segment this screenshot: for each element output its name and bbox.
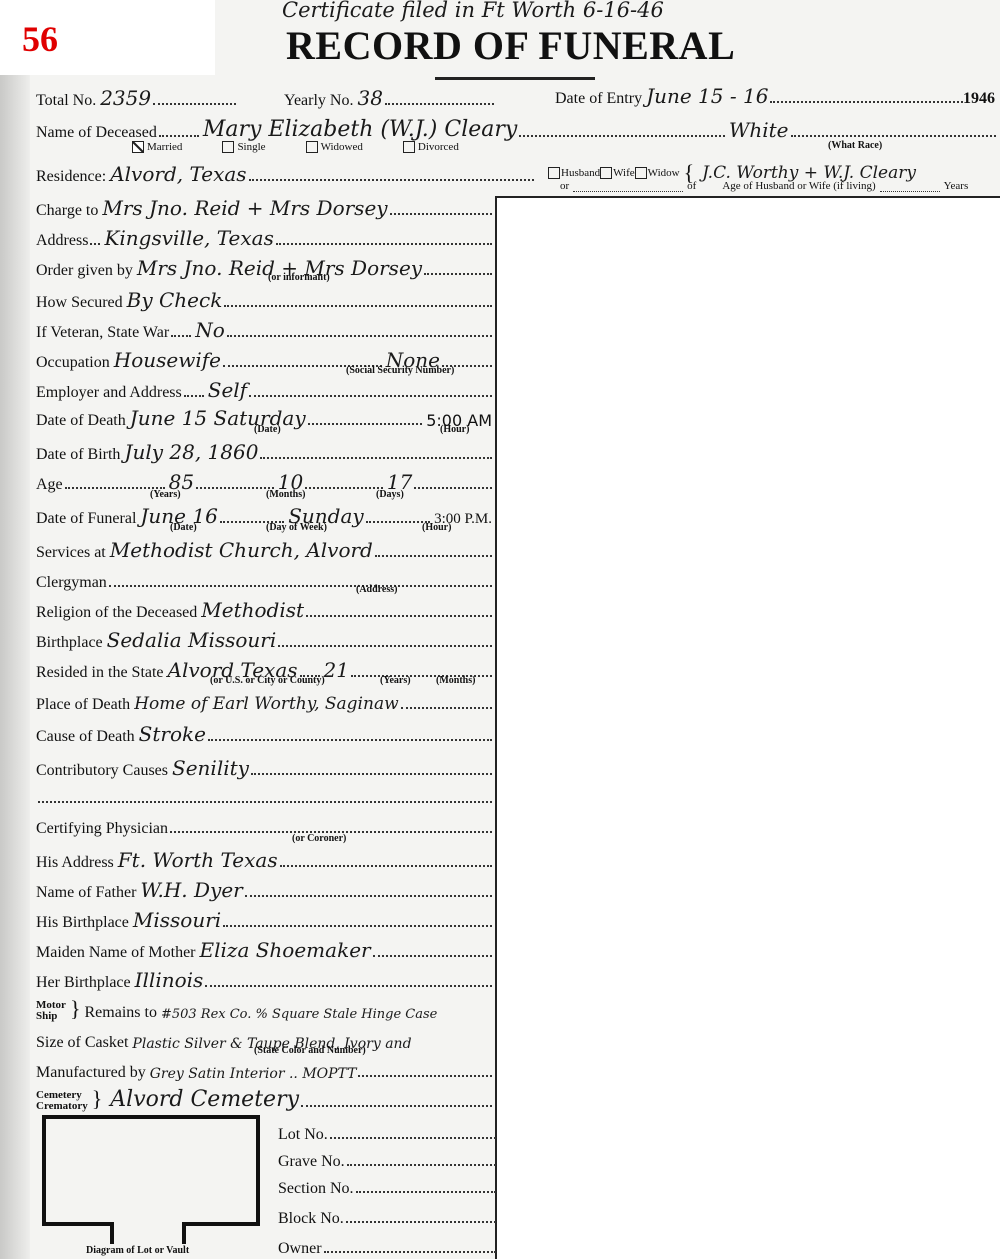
age-of-spouse-row: orof Age of Husband or Wife (if living)Y… <box>560 180 990 192</box>
page-edge-shadow <box>0 75 30 1259</box>
lot-diagram-box <box>42 1115 260 1226</box>
services-at-value: Methodist Church, Alvord <box>110 538 373 562</box>
physician-address-field: His Address Ft. Worth Texas <box>36 844 492 872</box>
yearly-no-field: Yearly No. 38 <box>284 82 494 110</box>
deceased-name-value: Mary Elizabeth (W.J.) Cleary <box>203 117 518 142</box>
marital-status-group: Married Single Widowed Divorced <box>132 141 459 153</box>
order-given-by-field: Order given by Mrs Jno. Reid + Mrs Dorse… <box>36 252 492 280</box>
spouse-widow[interactable]: Widow <box>635 167 680 179</box>
block-no-field: Block No. <box>278 1200 496 1228</box>
grave-no-field: Grave No. <box>278 1143 496 1171</box>
religion-field: Religion of the Deceased Methodist <box>36 594 492 622</box>
manufactured-value: Grey Satin Interior .. MOPTT <box>150 1066 357 1082</box>
certifying-physician-field: Certifying Physician <box>36 810 492 838</box>
total-no-value: 2359 <box>100 86 151 110</box>
mother-name-value: Eliza Shoemaker <box>200 938 371 962</box>
marital-divorced[interactable]: Divorced <box>403 141 459 153</box>
race-caption: (What Race) <box>828 140 882 151</box>
how-secured-field: How Secured By Check <box>36 284 492 312</box>
veteran-field: If Veteran, State War No <box>36 314 492 342</box>
how-secured-value: By Check <box>127 288 223 312</box>
place-of-death-value: Home of Earl Worthy, Saginaw <box>134 694 398 714</box>
spouse-wife[interactable]: Wife <box>600 167 635 179</box>
cause-of-death-value: Stroke <box>139 722 206 746</box>
cemetery-field: CemeteryCrematory } Alvord Cemetery <box>36 1084 492 1112</box>
mother-birthplace-field: Her Birthplace Illinois <box>36 964 492 992</box>
occupation-value: Housewife <box>114 348 221 372</box>
cause-of-death-field: Cause of Death Stroke <box>36 718 492 746</box>
cemetery-value: Alvord Cemetery <box>110 1087 299 1112</box>
owner-field: Owner <box>278 1230 496 1258</box>
religion-value: Methodist <box>201 598 304 622</box>
manufactured-by-field: Manufactured by Grey Satin Interior .. M… <box>36 1054 492 1082</box>
father-birthplace-field: His Birthplace Missouri <box>36 904 492 932</box>
marital-married[interactable]: Married <box>132 141 182 153</box>
spouse-husband[interactable]: Husband <box>548 167 600 179</box>
diagram-caption: Diagram of Lot or Vault <box>86 1245 189 1256</box>
date-of-birth-value: July 28, 1860 <box>124 440 258 464</box>
contributory-causes-field: Contributory Causes Senility <box>36 752 492 780</box>
name-of-deceased-field: Name of Deceased Mary Elizabeth (W.J.) C… <box>36 114 996 142</box>
age-field: Age 85 10 17 <box>36 466 492 494</box>
remains-to-value: #503 Rex Co. % Square Stale Hinge Case <box>161 1007 437 1022</box>
clergyman-field: Clergyman <box>36 564 492 592</box>
blank-panel <box>495 196 1000 1259</box>
resided-years-value: 21 <box>324 658 349 682</box>
race-value: White <box>729 118 789 142</box>
employer-value: Self <box>208 378 247 402</box>
father-birthplace-value: Missouri <box>133 908 221 932</box>
charge-to-field: Charge to Mrs Jno. Reid + Mrs Dorsey <box>36 192 492 220</box>
charge-to-value: Mrs Jno. Reid + Mrs Dorsey <box>102 196 387 220</box>
employer-field: Employer and Address Self <box>36 374 492 402</box>
address-value: Kingsville, Texas <box>104 226 273 250</box>
page-number: 56 <box>22 18 58 60</box>
place-of-death-field: Place of Death Home of Earl Worthy, Sagi… <box>36 686 492 714</box>
father-name-field: Name of Father W.H. Dyer <box>36 874 492 902</box>
lot-no-field: Lot No. <box>278 1116 496 1144</box>
date-of-entry-field: Date of Entry June 15 - 16 1946 <box>555 80 995 108</box>
physician-address-value: Ft. Worth Texas <box>118 848 278 872</box>
total-no-field: Total No. 2359 <box>36 82 236 110</box>
contributory-causes-line2 <box>36 780 492 808</box>
contributory-value: Senility <box>172 756 249 780</box>
mother-birthplace-value: Illinois <box>135 968 204 992</box>
date-of-birth-field: Date of Birth July 28, 1860 <box>36 436 492 464</box>
birthplace-value: Sedalia Missouri <box>107 628 277 652</box>
section-no-field: Section No. <box>278 1170 496 1198</box>
mother-name-field: Maiden Name of Mother Eliza Shoemaker <box>36 934 492 962</box>
address-field: Address Kingsville, Texas <box>36 222 492 250</box>
page-title: RECORD OF FUNERAL <box>286 22 735 69</box>
remains-to-field: MotorShip } Remains to #503 Rex Co. % Sq… <box>36 994 498 1022</box>
yearly-no-value: 38 <box>357 86 382 110</box>
father-name-value: W.H. Dyer <box>140 878 242 902</box>
informant-caption: (or informant) <box>268 272 330 283</box>
marital-single[interactable]: Single <box>222 141 265 153</box>
year-value: 1946 <box>963 90 995 108</box>
date-of-entry-value: June 15 - 16 <box>646 84 768 108</box>
veteran-value: No <box>195 318 225 342</box>
birthplace-field: Birthplace Sedalia Missouri <box>36 624 492 652</box>
marital-widowed[interactable]: Widowed <box>306 141 363 153</box>
residence-field: Residence: Alvord, Texas <box>36 158 534 186</box>
certificate-note: Certificate filed in Ft Worth 6-16-46 <box>282 0 664 22</box>
residence-value: Alvord, Texas <box>110 162 246 186</box>
services-at-field: Services at Methodist Church, Alvord <box>36 534 492 562</box>
